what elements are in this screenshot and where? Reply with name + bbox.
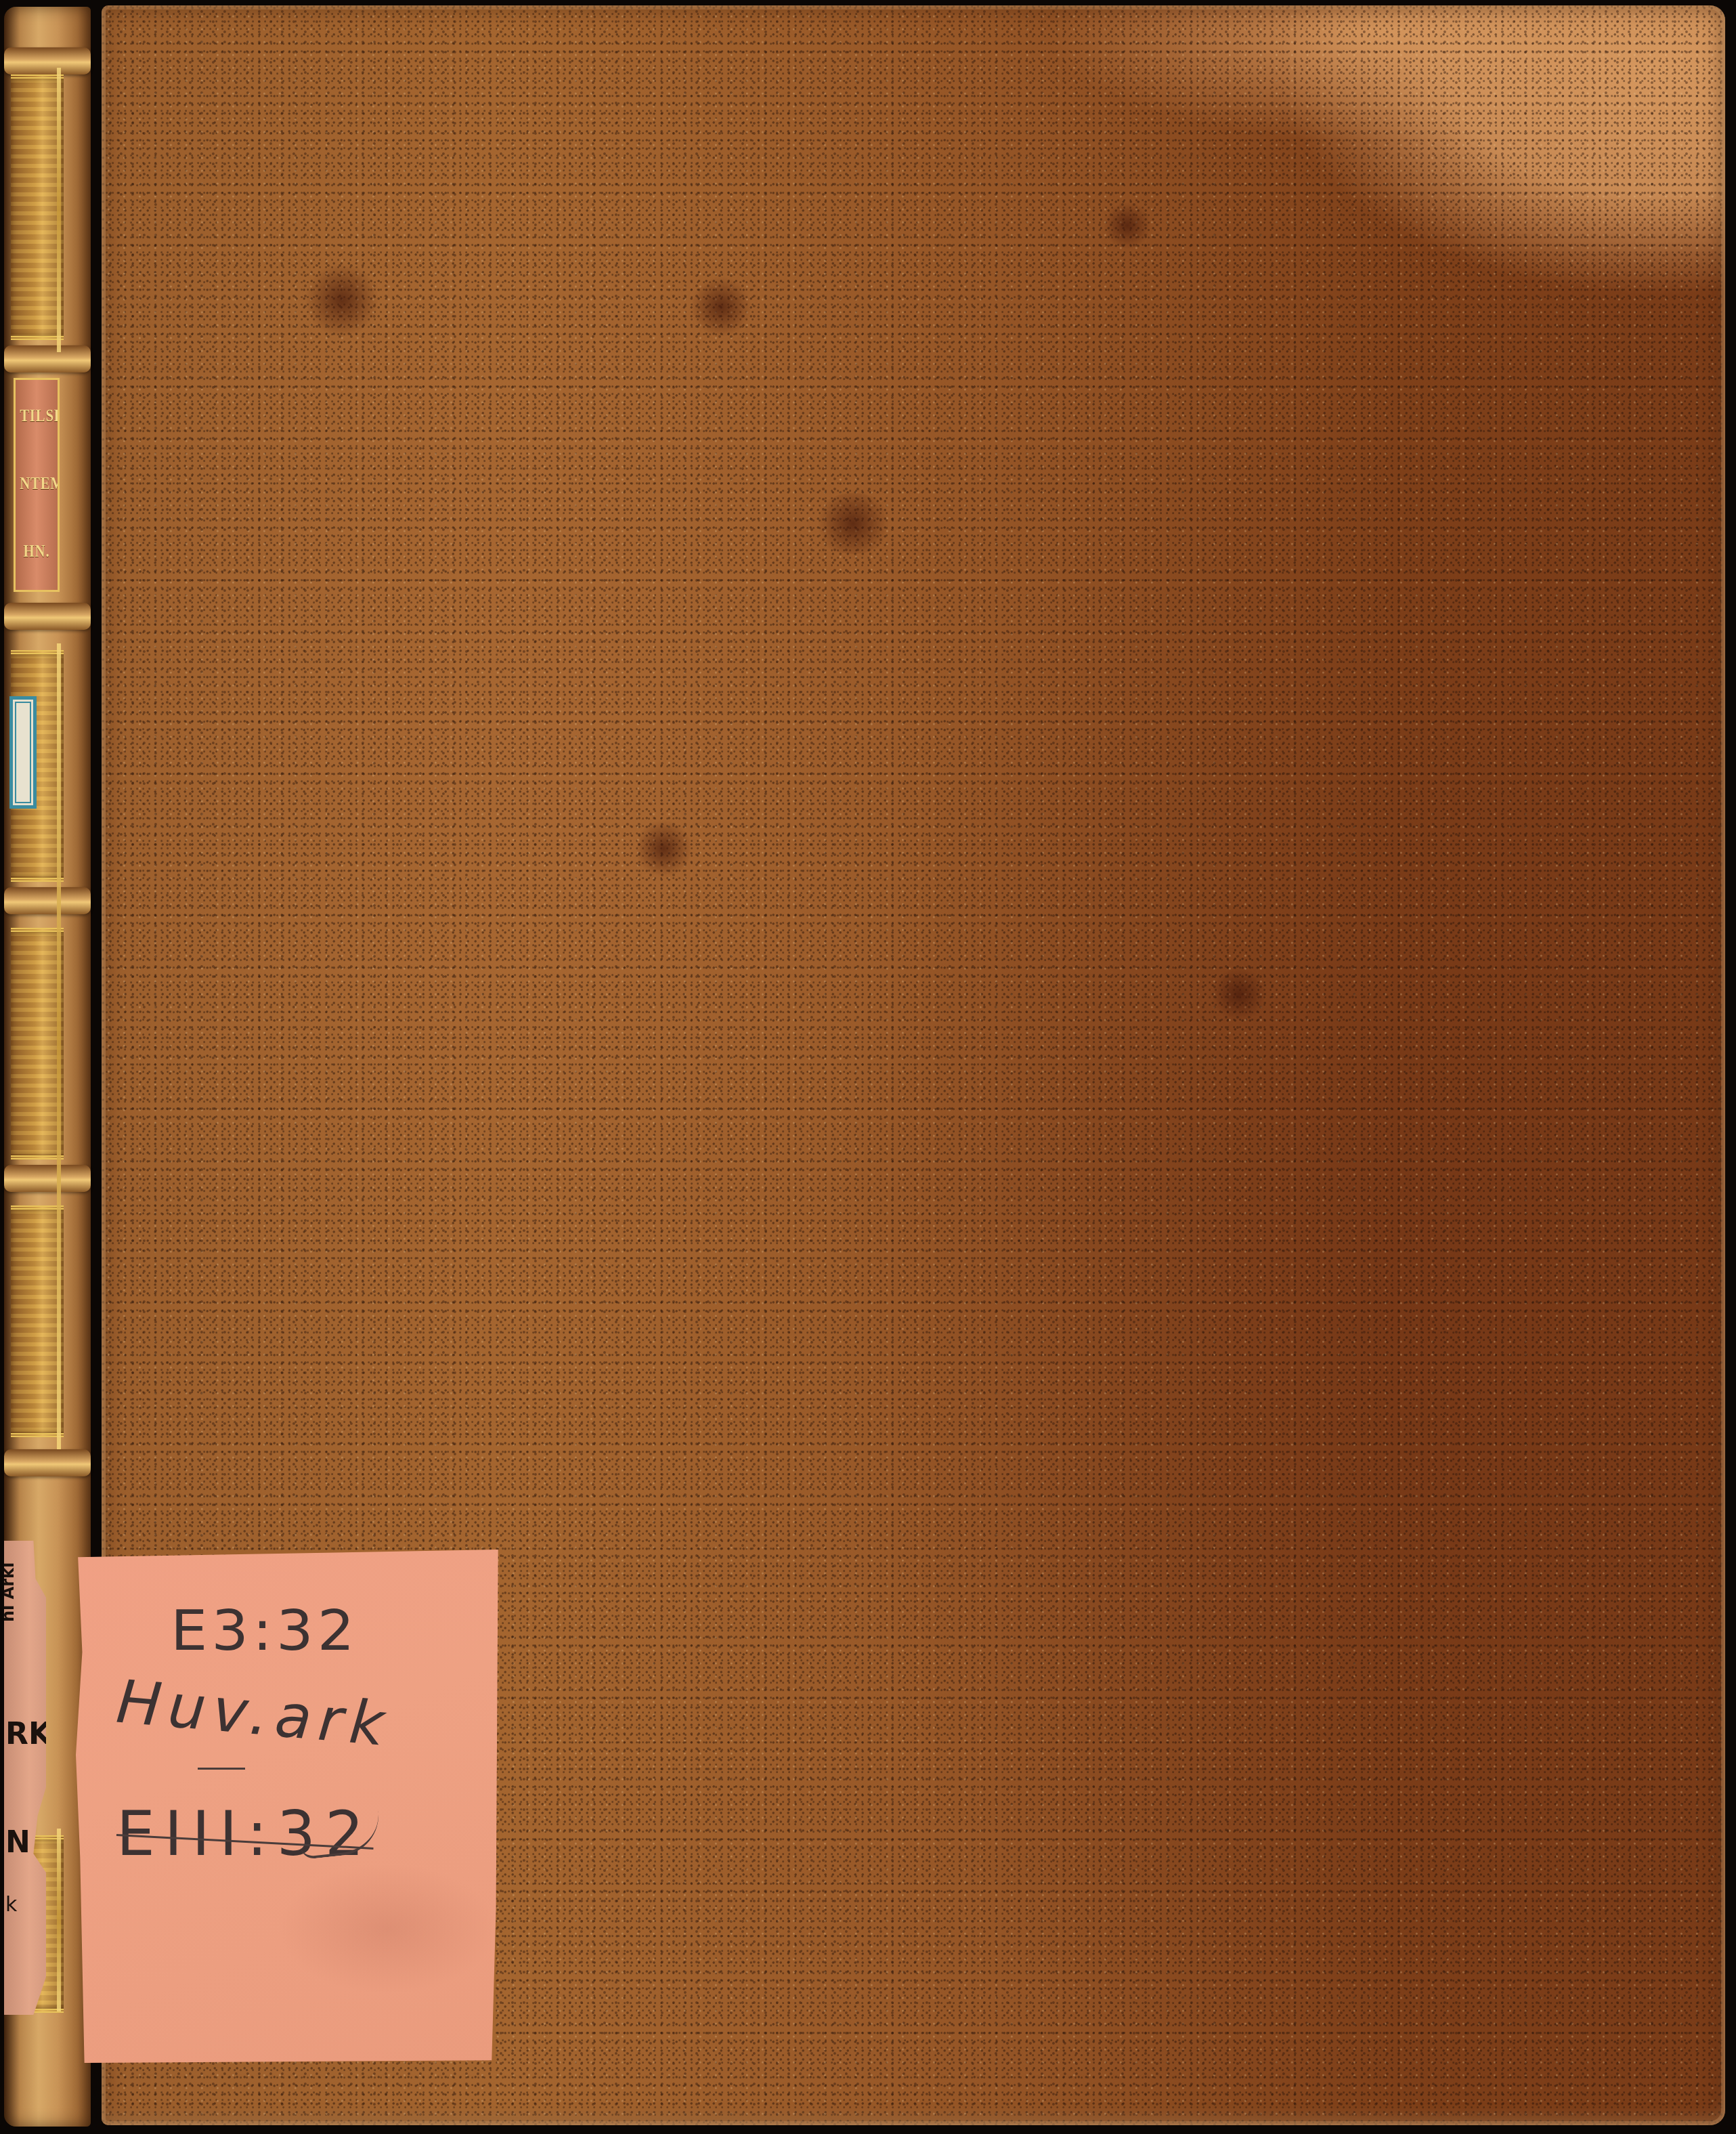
spine-raised-band (4, 345, 91, 372)
spine-title-fragment: HN. (20, 541, 53, 561)
leather-stain (1212, 967, 1266, 1021)
leather-stain (1104, 202, 1151, 249)
spine-label-text: k (5, 1893, 17, 1917)
spine-raised-band (4, 1165, 91, 1192)
roman-numeral-overbar (198, 1768, 245, 1770)
spine-label-text: N (5, 1825, 30, 1860)
spine-raised-band (4, 1449, 91, 1476)
leather-stain (691, 276, 752, 337)
spine-title-fragment: TILSE (20, 406, 53, 426)
archive-abbreviation: Huv.ark (114, 1667, 393, 1760)
photo-scene: TILSE NTEM HN. ni Arki RKS N k E3:32 (0, 0, 1736, 2134)
spine-label-text: ni Arki (4, 1562, 18, 1622)
shelf-mark-label: E3:32 Huv.ark EIII:32 (76, 1550, 502, 2063)
gilt-fillet (57, 1829, 61, 2011)
spine-gilt-panel (11, 928, 64, 1159)
spine-raised-band (4, 47, 91, 74)
shelf-mark-current: E3:32 (171, 1599, 358, 1663)
spine-blue-bordered-label (9, 696, 37, 809)
book-spine: TILSE NTEM HN. ni Arki RKS N k (4, 7, 91, 2127)
leather-stain (305, 263, 379, 337)
spine-gilt-panel (11, 74, 64, 340)
spine-paper-label: ni Arki RKS N k (4, 1541, 46, 2015)
gilt-fillet (57, 643, 61, 1449)
spine-raised-band (4, 603, 91, 630)
leather-stain (636, 818, 691, 879)
leather-stain (812, 493, 894, 554)
spine-raised-band (4, 887, 91, 914)
spine-gilt-panel (11, 1205, 64, 1437)
spine-label-text: RKS (5, 1717, 46, 1751)
spine-title-label: TILSE NTEM HN. (14, 378, 60, 592)
spine-title-fragment: NTEM (20, 473, 53, 494)
gilt-fillet (57, 68, 61, 352)
